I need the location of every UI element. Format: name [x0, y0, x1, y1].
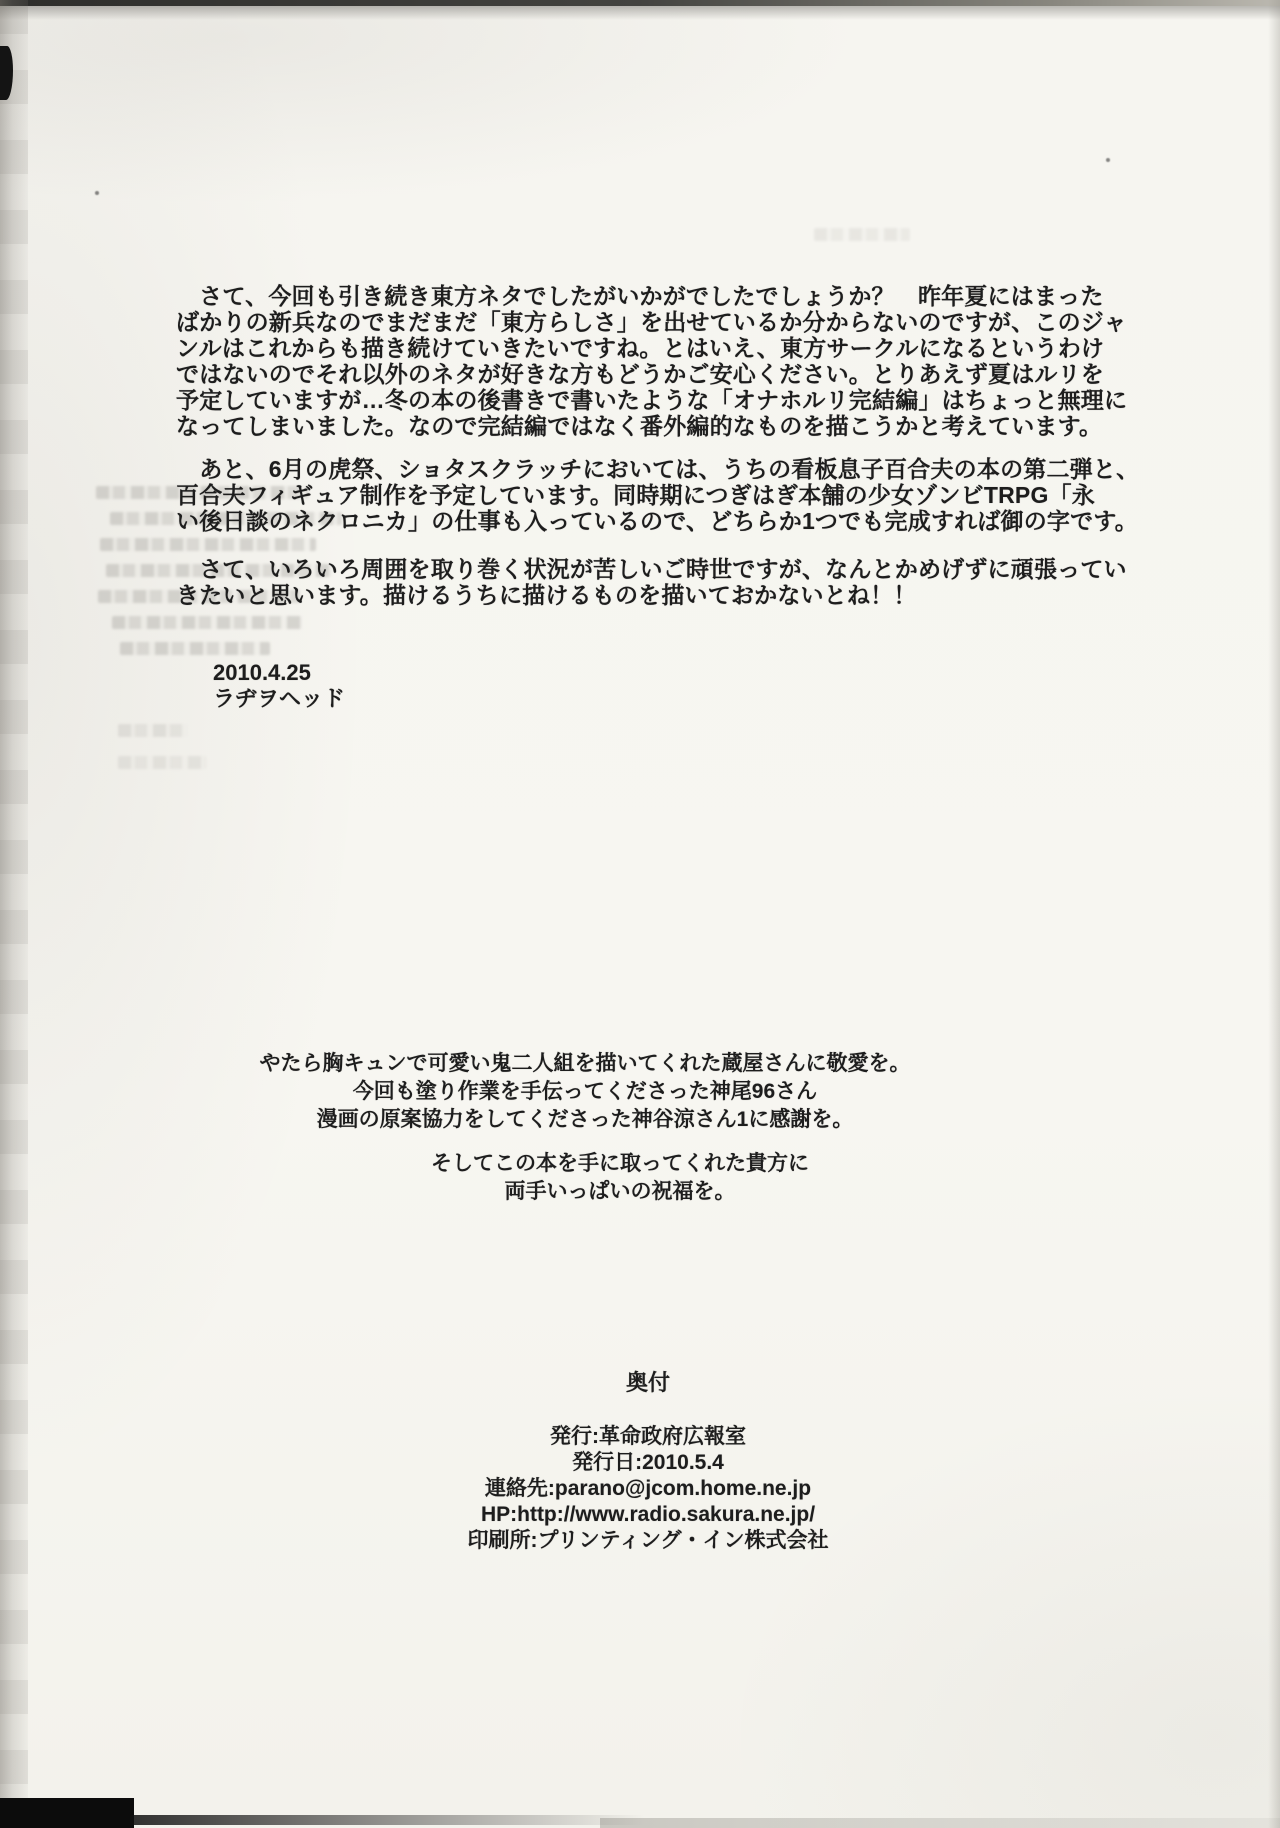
acknowledgments-block: やたら胸キュンで可愛い鬼二人組を描いてくれた蔵屋さんに敬愛を。 今回も塗り作業を… [170, 1050, 1000, 1134]
afterword-text-line: さて、いろいろ周囲を取り巻く状況が苦しいご時世ですが、なんとかめげずに頑張ってい [176, 556, 1126, 582]
colophon-block: 発行:革命政府広報室 発行日:2010.5.4 連絡先:parano@jcom.… [248, 1424, 1048, 1554]
colophon-publication-date: 発行日:2010.5.4 [248, 1450, 1048, 1476]
scan-bottom-edge-line [130, 1815, 645, 1825]
scan-right-edge [1268, 0, 1280, 1828]
afterword-author: ラヂヲヘッド [213, 686, 345, 712]
scan-bottom-edge-shadow [600, 1818, 1280, 1828]
scan-top-edge-shadow [0, 6, 1280, 20]
bleedthrough-artifact [118, 724, 188, 737]
bleedthrough-artifact [100, 538, 316, 551]
afterword-date: 2010.4.25 [213, 660, 345, 686]
colophon-homepage-url: HP:http://www.radio.sakura.ne.jp/ [248, 1502, 1048, 1528]
acknowledgment-line: 両手いっぱいの祝福を。 [210, 1178, 1030, 1206]
reader-blessing-block: そしてこの本を手に取ってくれた貴方に 両手いっぱいの祝福を。 [210, 1150, 1030, 1206]
afterword-text-line: 予定していますが…冬の本の後書きで書いたような「オナホルリ完結編」はちょっと無理… [176, 387, 1126, 413]
afterword-text-line: 百合夫フィギュア制作を予定しています。同時期につぎはぎ本舗の少女ゾンビTRPG「… [176, 482, 1126, 508]
bleedthrough-artifact [112, 616, 302, 629]
bleedthrough-artifact [814, 228, 910, 241]
signature-block: 2010.4.25 ラヂヲヘッド [213, 660, 345, 712]
scan-speck [95, 191, 99, 195]
afterword-text-line: い後日談のネクロニカ」の仕事も入っているので、どちらか1つでも完成すれば御の字で… [176, 508, 1126, 534]
scan-left-edge [0, 0, 28, 1828]
scan-bottom-black-bar [0, 1798, 134, 1828]
colophon-contact-email: 連絡先:parano@jcom.home.ne.jp [248, 1476, 1048, 1502]
afterword-text-line: きたいと思います。描けるうちに描けるものを描いておかないとね！！ [176, 582, 1126, 608]
colophon-publisher: 発行:革命政府広報室 [248, 1424, 1048, 1450]
afterword-paragraph-3: さて、いろいろ周囲を取り巻く状況が苦しいご時世ですが、なんとかめげずに頑張ってい… [176, 556, 1126, 608]
afterword-text-line: ンルはこれからも描き続けていきたいですね。とはいえ、東方サークルになるというわけ [176, 335, 1126, 361]
afterword-paragraph-1: さて、今回も引き続き東方ネタでしたがいかがでしたでしょうか？ 昨年夏にはまった … [176, 283, 1126, 439]
afterword-paragraph-2: あと、6月の虎祭、ショタスクラッチにおいては、うちの看板息子百合夫の本の第二弾と… [176, 456, 1126, 534]
scan-speck [1106, 158, 1110, 162]
acknowledgment-line: そしてこの本を手に取ってくれた貴方に [210, 1150, 1030, 1178]
afterword-text-line: ばかりの新兵なのでまだまだ「東方らしさ」を出せているか分からないのですが、このジ… [176, 309, 1126, 335]
document-page: さて、今回も引き続き東方ネタでしたがいかがでしたでしょうか？ 昨年夏にはまった … [0, 0, 1280, 1828]
acknowledgment-line: やたら胸キュンで可愛い鬼二人組を描いてくれた蔵屋さんに敬愛を。 [170, 1050, 1000, 1078]
afterword-text-line: さて、今回も引き続き東方ネタでしたがいかがでしたでしょうか？ 昨年夏にはまった [176, 283, 1126, 309]
scanned-page: { "afterword": { "p1": [ " さて、今回も引き続き東方ネ… [0, 0, 1280, 1828]
acknowledgment-line: 漫画の原案協力をしてくださった神谷涼さん1に感謝を。 [170, 1106, 1000, 1134]
afterword-text-line: あと、6月の虎祭、ショタスクラッチにおいては、うちの看板息子百合夫の本の第二弾と… [176, 456, 1126, 482]
bleedthrough-artifact [118, 756, 206, 769]
colophon-printer: 印刷所:プリンティング・イン株式会社 [248, 1528, 1048, 1554]
acknowledgment-line: 今回も塗り作業を手伝ってくださった神尾96さん [170, 1078, 1000, 1106]
bleedthrough-artifact [120, 642, 270, 655]
colophon-title: 奥付 [248, 1366, 1048, 1397]
afterword-text-line: ではないのでそれ以外のネタが好きな方もどうかご安心ください。とりあえず夏はルリを [176, 361, 1126, 387]
afterword-text-line: なってしまいました。なので完結編ではなく番外編的なものを描こうかと考えています。 [176, 413, 1126, 439]
